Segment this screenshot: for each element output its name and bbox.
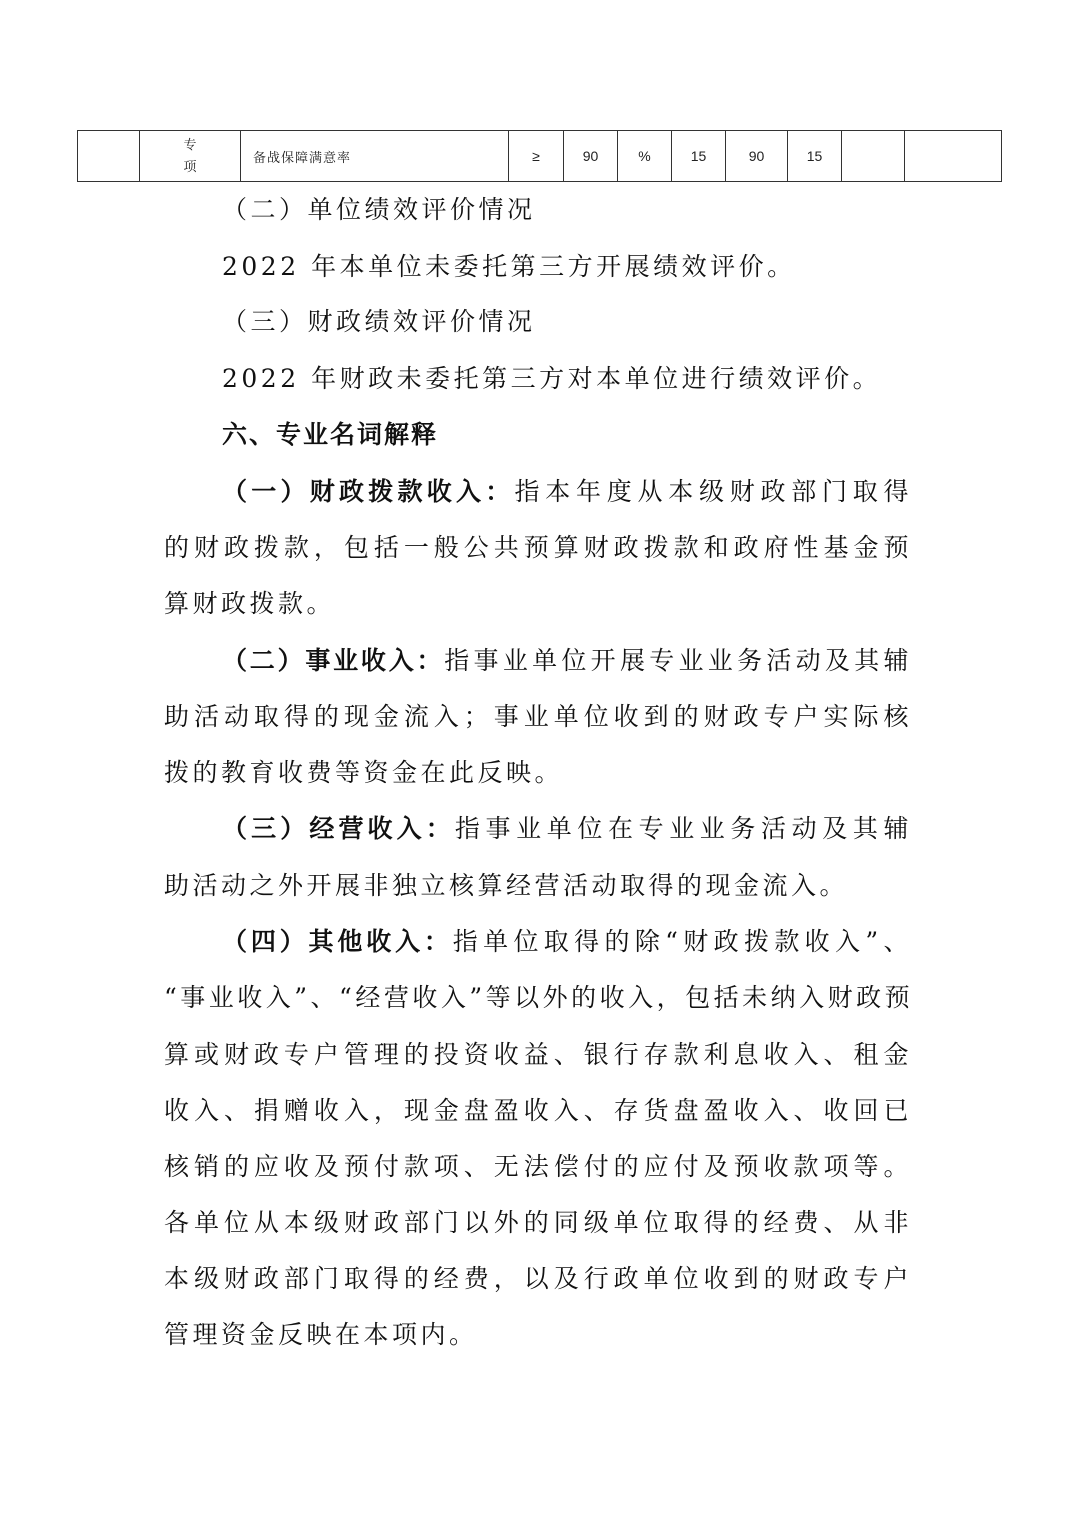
- actual-value-cell: 90: [726, 131, 788, 182]
- section-heading: （三）财政绩效评价情况: [222, 294, 972, 350]
- term-definition-line: 拨的教育收费等资金在此反映。: [164, 745, 914, 801]
- term-label: （二）事业收入：: [222, 646, 444, 675]
- term-definition-line: 的财政拨款，包括一般公共预算财政拨款和政府性基金预: [164, 520, 912, 576]
- table-cell-empty: [78, 131, 140, 182]
- term-text: 指事业单位开展专业业务活动及其辅: [444, 646, 912, 675]
- weight-cell: 15: [672, 131, 726, 182]
- category-char: 项: [140, 156, 240, 178]
- paragraph: 2022 年财政未委托第三方对本单位进行绩效评价。: [222, 351, 972, 407]
- term-definition-line: 助活动之外开展非独立核算经营活动取得的现金流入。: [164, 858, 914, 914]
- unit-cell: %: [618, 131, 672, 182]
- term-text: 指单位取得的除“财政拨款收入”、: [453, 927, 912, 956]
- term-definition-line: 助活动取得的现金流入；事业单位收到的财政专户实际核: [164, 689, 912, 745]
- term-definition-line: （三）经营收入：指事业单位在专业业务活动及其辅: [222, 801, 912, 857]
- term-definition-line: 本级财政部门取得的经费，以及行政单位收到的财政专户: [164, 1251, 912, 1307]
- table-row: 专 项 备战保障满意率 ≥ 90 % 15 90 15: [78, 131, 1002, 182]
- term-definition-line: （四）其他收入：指单位取得的除“财政拨款收入”、: [222, 914, 912, 970]
- term-label: （一）财政拨款收入：: [222, 477, 515, 506]
- category-char: 专: [140, 134, 240, 156]
- term-text: 指事业单位在专业业务活动及其辅: [455, 814, 912, 843]
- term-label: （四）其他收入：: [222, 927, 453, 956]
- score-cell: 15: [788, 131, 842, 182]
- paragraph: 2022 年本单位未委托第三方开展绩效评价。: [222, 239, 972, 295]
- section-heading: （二）单位绩效评价情况: [222, 182, 972, 238]
- term-definition-line: （一）财政拨款收入：指本年度从本级财政部门取得: [222, 464, 912, 520]
- term-definition-line: 算或财政专户管理的投资收益、银行存款利息收入、租金: [164, 1027, 912, 1083]
- performance-indicator-table: 专 项 备战保障满意率 ≥ 90 % 15 90 15: [77, 130, 1002, 182]
- term-definition-line: 核销的应收及预付款项、无法偿付的应付及预收款项等。: [164, 1139, 912, 1195]
- term-definition-line: 管理资金反映在本项内。: [164, 1307, 914, 1363]
- term-definition-line: （二）事业收入：指事业单位开展专业业务活动及其辅: [222, 633, 912, 689]
- term-definition-line: 各单位从本级财政部门以外的同级单位取得的经费、从非: [164, 1195, 912, 1251]
- term-definition-line: 算财政拨款。: [164, 576, 914, 632]
- indicator-category-cell: 专 项: [140, 131, 241, 182]
- term-text: 指本年度从本级财政部门取得: [515, 477, 912, 506]
- operator-cell: ≥: [509, 131, 564, 182]
- table-cell-empty: [905, 131, 1002, 182]
- indicator-name-cell: 备战保障满意率: [241, 131, 509, 182]
- chapter-heading: 六、专业名词解释: [222, 407, 972, 463]
- term-definition-line: 收入、捐赠收入，现金盘盈收入、存货盘盈收入、收回已: [164, 1083, 912, 1139]
- target-value-cell: 90: [564, 131, 618, 182]
- table-cell-empty: [842, 131, 905, 182]
- term-definition-line: “事业收入”、“经营收入”等以外的收入，包括未纳入财政预: [164, 970, 912, 1026]
- term-label: （三）经营收入：: [222, 814, 455, 843]
